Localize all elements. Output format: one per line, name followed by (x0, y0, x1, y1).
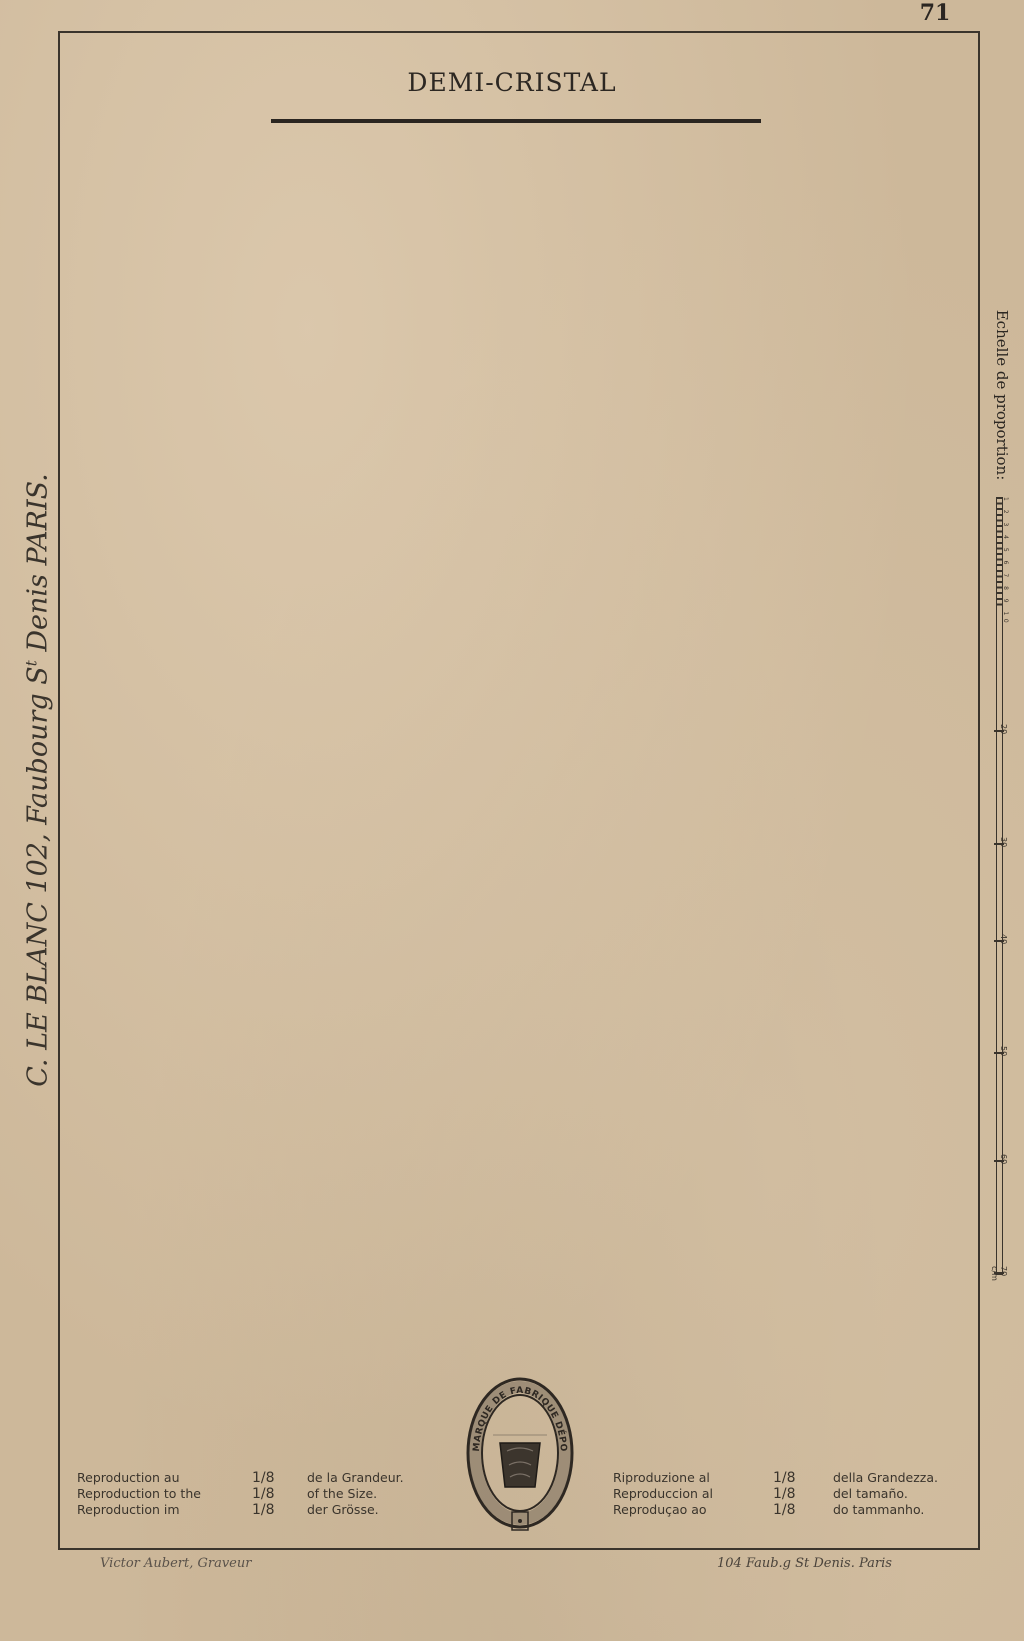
repro-line-it: Riproduzione al1/8della Grandezza. (613, 1470, 938, 1486)
repro-fraction: 1/8 (252, 1486, 307, 1502)
repro-line-de: Reproduction im1/8der Grösse. (77, 1502, 404, 1518)
repro-fraction: 1/8 (252, 1502, 307, 1518)
repro-line-en: Reproduction to the1/8of the Size. (77, 1486, 404, 1502)
repro-line-pt: Reproduçao ao1/8do tammanho. (613, 1502, 938, 1518)
repro-fraction: 1/8 (773, 1486, 833, 1502)
repro-fraction: 1/8 (773, 1470, 833, 1486)
page-frame (58, 31, 980, 1550)
side-address: C. LE BLANC 102, Faubourg St Denis PARIS… (23, 473, 54, 1087)
repro-text: Reproduction im (77, 1502, 252, 1518)
printer-address: 104 Faub.g St Denis. Paris (717, 1556, 892, 1571)
repro-tail: do tammanho. (833, 1502, 924, 1518)
scale-tick-label: 40 (999, 934, 1008, 944)
scale-tick-label: 50 (999, 1046, 1008, 1056)
repro-tail: of the Size. (307, 1486, 377, 1502)
repro-line-es: Reproduccion al1/8del tamaño. (613, 1486, 938, 1502)
address-sup: t (23, 660, 41, 666)
address-main: C. LE BLANC 102, Faubourg S (23, 666, 54, 1087)
reproduction-note-right: Riproduzione al1/8della Grandezza. Repro… (613, 1470, 938, 1518)
engraver-credit: Victor Aubert, Graveur (100, 1556, 251, 1571)
repro-fraction: 1/8 (773, 1502, 833, 1518)
repro-tail: della Grandezza. (833, 1470, 938, 1486)
trademark-seal-icon: MARQUE DE FABRIQUE DÉPOSÉE (465, 1375, 575, 1535)
reproduction-note-left: Reproduction au1/8de la Grandeur. Reprod… (77, 1470, 404, 1518)
scale-tick-label: 70 c/m (990, 1266, 1008, 1282)
page-number: 71 (905, 0, 965, 26)
title-underline (271, 119, 761, 123)
repro-text: Reproduction au (77, 1470, 252, 1486)
repro-tail: der Grösse. (307, 1502, 379, 1518)
repro-tail: del tamaño. (833, 1486, 908, 1502)
scale-tick-label: 60 (999, 1154, 1008, 1164)
trademark-seal: MARQUE DE FABRIQUE DÉPOSÉE (465, 1375, 575, 1535)
scale-label: Echelle de proportion: (993, 310, 1011, 481)
repro-text: Reproduccion al (613, 1486, 773, 1502)
repro-tail: de la Grandeur. (307, 1470, 404, 1486)
repro-fraction: 1/8 (252, 1470, 307, 1486)
scale-tick-label: 30 (999, 837, 1008, 847)
repro-text: Riproduzione al (613, 1470, 773, 1486)
scale-fine-digits: 1 2 3 4 5 6 7 8 9 10 (1002, 497, 1009, 626)
repro-text: Reproduçao ao (613, 1502, 773, 1518)
address-tail: Denis PARIS. (23, 473, 54, 660)
repro-text: Reproduction to the (77, 1486, 252, 1502)
glass-tumbler-icon (500, 1443, 540, 1487)
scale-tick-label: 20 (999, 724, 1008, 734)
page-title: DEMI-CRISTAL (0, 68, 1024, 97)
repro-line-fr: Reproduction au1/8de la Grandeur. (77, 1470, 404, 1486)
